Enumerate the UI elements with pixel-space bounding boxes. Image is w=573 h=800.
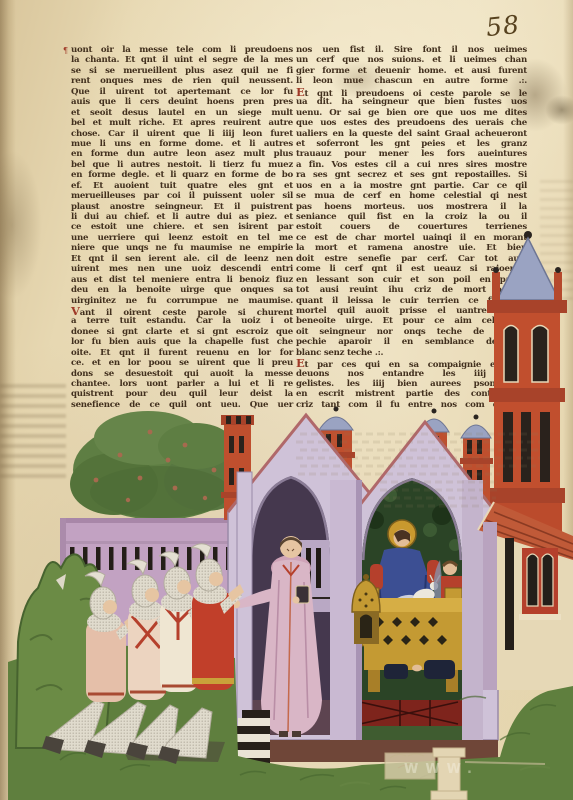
manuscript-page: 58 ¶ uont oir la messe tele com li preud…	[0, 0, 573, 800]
chapel-right-pillar	[462, 480, 483, 742]
window-slit	[505, 538, 514, 650]
watermark-text: WWW.	[404, 762, 570, 777]
cushion	[384, 664, 408, 679]
miniature-illustration	[0, 0, 573, 800]
building-pilaster	[483, 522, 497, 690]
garden-tree	[70, 411, 248, 520]
arched-window	[519, 548, 561, 620]
right-building	[478, 502, 573, 690]
cushion	[424, 660, 455, 679]
